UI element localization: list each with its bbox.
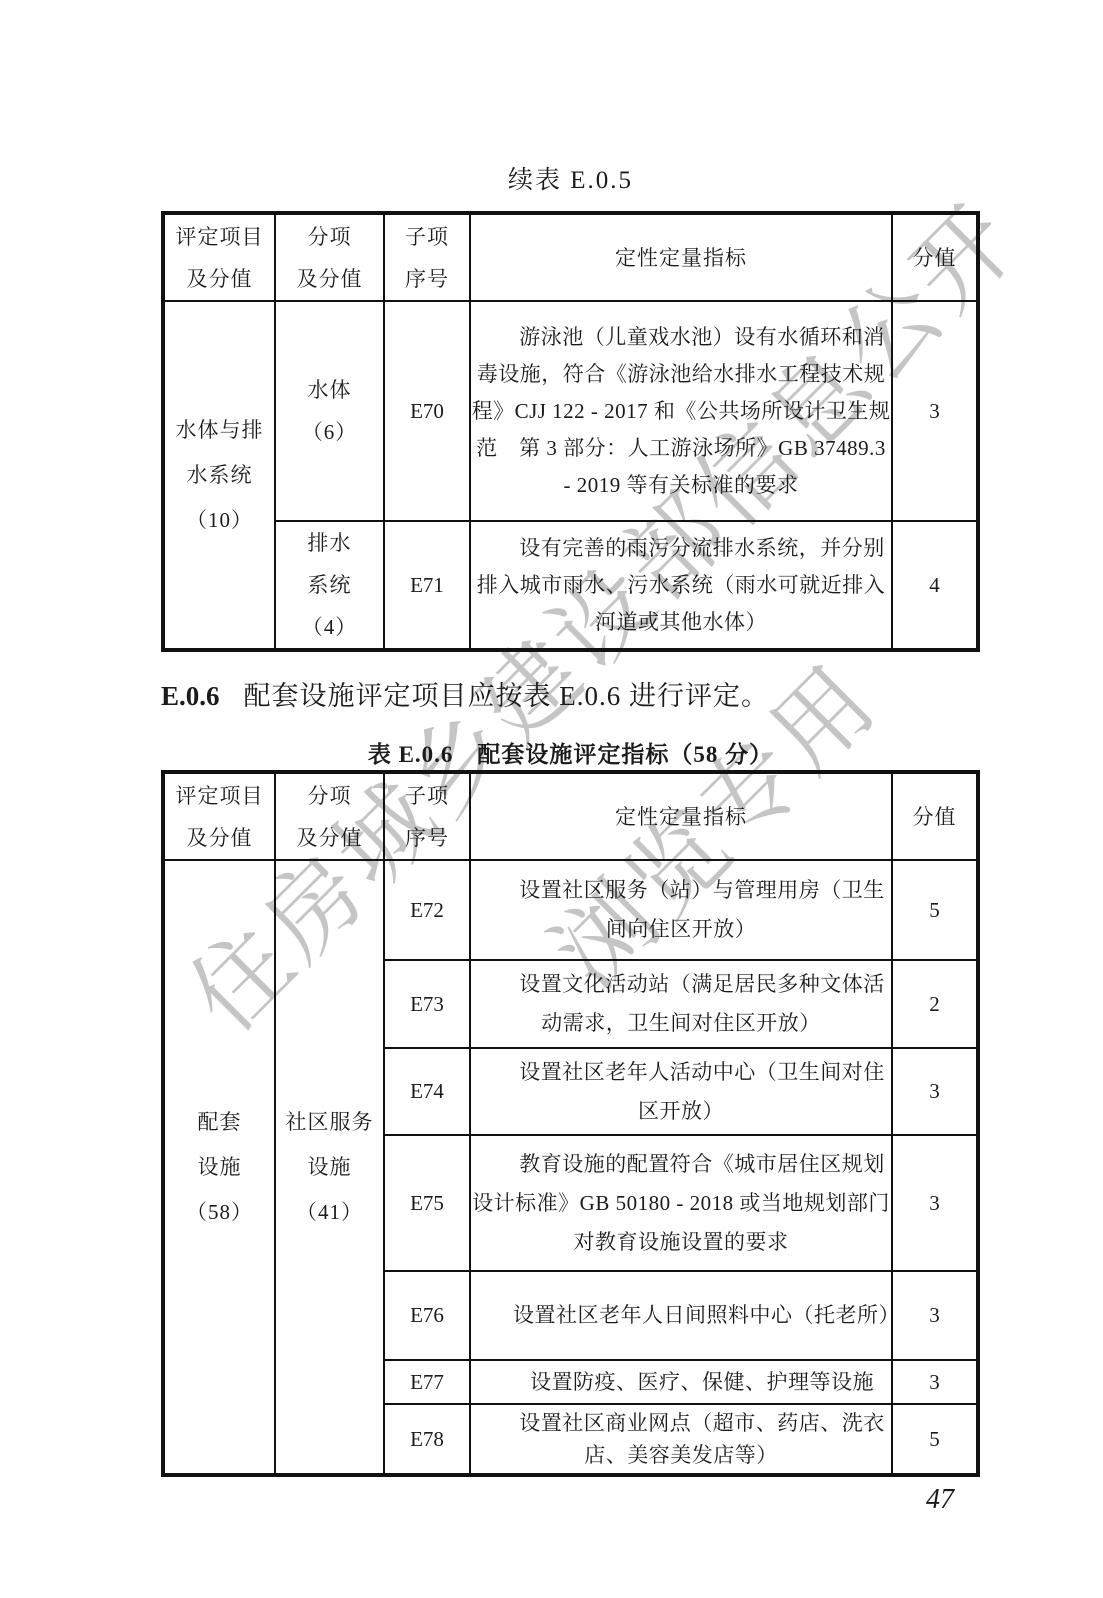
indicator-text: 设置防疫、医疗、保健、护理等设施: [470, 1360, 892, 1404]
header-line: 及分值: [165, 258, 274, 300]
score-value: 3: [892, 1360, 978, 1404]
subitem-line: （6）: [276, 411, 383, 453]
table-row: 配套 设施 （58） 社区服务 设施 （41） E72 设置社区服务（站）与管理…: [163, 860, 978, 960]
header-line: 分项: [276, 216, 383, 258]
continued-table-title: 续表 E.0.5: [163, 160, 978, 196]
score-value: 2: [892, 960, 978, 1048]
subitem-code: E75: [384, 1135, 470, 1271]
table2-header-row: 评定项目 及分值 分项 及分值 子项 序号 定性定量指标 分值: [163, 772, 978, 860]
table2-header-item-score: 评定项目 及分值: [163, 772, 275, 860]
clause-number: E.0.6: [161, 681, 220, 711]
table-e-0-5-continued: 评定项目 及分值 分项 及分值 子项 序号 定性定量指标 分值 水体与排 水系统: [161, 211, 980, 652]
header-line: 子项: [385, 216, 469, 258]
table1-header-subitem-no: 子项 序号: [384, 213, 470, 301]
header-line: 序号: [385, 258, 469, 300]
table-e-0-6-caption: 表 E.0.6 配套设施评定指标（58 分）: [163, 736, 978, 769]
subitem-code: E76: [384, 1271, 470, 1360]
table1-header-score: 分值: [892, 213, 978, 301]
group-line: 设施: [276, 1145, 383, 1190]
header-line: 评定项目: [165, 216, 274, 258]
score-value: 4: [892, 521, 978, 650]
group-line: 设施: [165, 1145, 274, 1190]
subitem-cell-water-body: 水体 （6）: [275, 301, 384, 521]
table1-header-indicator: 定性定量指标: [470, 213, 892, 301]
subitem-line: 系统: [276, 564, 383, 606]
indicator-text: 游泳池（儿童戏水池）设有水循环和消毒设施，符合《游泳池给水排水工程技术规程》CJ…: [470, 301, 892, 521]
group-cell-community-service-facilities: 社区服务 设施 （41）: [275, 860, 384, 1475]
table2-header-subitem-score: 分项 及分值: [275, 772, 384, 860]
group-line: （41）: [276, 1190, 383, 1235]
subitem-code: E74: [384, 1048, 470, 1135]
group-line: 水体与排: [165, 408, 274, 453]
clause-e-0-6: E.0.6配套设施评定项目应按表 E.0.6 进行评定。: [161, 674, 981, 713]
subitem-line: 排水: [276, 522, 383, 564]
table2-header-score: 分值: [892, 772, 978, 860]
document-page: 住房城乡建设部信息公开 浏览专用 续表 E.0.5 评定项目 及分值 分项 及分…: [0, 0, 1103, 1598]
table-row: 排水 系统 （4） E71 设有完善的雨污分流排水系统，并分别排入城市雨水、污水…: [163, 521, 978, 650]
group-cell-water-drainage-system: 水体与排 水系统 （10）: [163, 301, 275, 650]
indicator-text: 设置社区服务（站）与管理用房（卫生间向住区开放）: [470, 860, 892, 960]
indicator-text: 设置文化活动站（满足居民多种文体活动需求，卫生间对住区开放）: [470, 960, 892, 1048]
subitem-code: E77: [384, 1360, 470, 1404]
score-value: 3: [892, 1048, 978, 1135]
header-line: 及分值: [165, 817, 274, 859]
subitem-code: E70: [384, 301, 470, 521]
header-line: 及分值: [276, 817, 383, 859]
group-cell-supporting-facilities: 配套 设施 （58）: [163, 860, 275, 1475]
subitem-cell-drainage-system: 排水 系统 （4）: [275, 521, 384, 650]
table1-header-subitem-score: 分项 及分值: [275, 213, 384, 301]
score-value: 5: [892, 860, 978, 960]
group-line: 配套: [165, 1100, 274, 1145]
score-value: 3: [892, 1135, 978, 1271]
table-e-0-6: 评定项目 及分值 分项 及分值 子项 序号 定性定量指标 分值 配套 设施: [161, 770, 980, 1477]
group-line: 水系统: [165, 453, 274, 498]
subitem-code: E72: [384, 860, 470, 960]
clause-text: 配套设施评定项目应按表 E.0.6 进行评定。: [244, 681, 770, 711]
subitem-code: E73: [384, 960, 470, 1048]
indicator-text: 设置社区老年人日间照料中心（托老所）: [470, 1271, 892, 1360]
subitem-line: （4）: [276, 606, 383, 648]
score-value: 5: [892, 1404, 978, 1475]
table-row: 水体与排 水系统 （10） 水体 （6） E70 游泳池（儿童戏水池）设有水循环…: [163, 301, 978, 521]
table1-header-item-score: 评定项目 及分值: [163, 213, 275, 301]
indicator-text: 设置社区商业网点（超市、药店、洗衣店、美容美发店等）: [470, 1404, 892, 1475]
header-line: 分项: [276, 775, 383, 817]
header-line: 及分值: [276, 258, 383, 300]
score-value: 3: [892, 301, 978, 521]
indicator-text: 教育设施的配置符合《城市居住区规划设计标准》GB 50180 - 2018 或当…: [470, 1135, 892, 1271]
subitem-line: 水体: [276, 369, 383, 411]
header-line: 子项: [385, 775, 469, 817]
subitem-code: E71: [384, 521, 470, 650]
page-number: 47: [900, 1484, 980, 1516]
indicator-text: 设置社区老年人活动中心（卫生间对住区开放）: [470, 1048, 892, 1135]
table2-header-subitem-no: 子项 序号: [384, 772, 470, 860]
subitem-code: E78: [384, 1404, 470, 1475]
score-value: 3: [892, 1271, 978, 1360]
indicator-text: 设有完善的雨污分流排水系统，并分别排入城市雨水、污水系统（雨水可就近排入河道或其…: [470, 521, 892, 650]
group-line: 社区服务: [276, 1100, 383, 1145]
table1-header-row: 评定项目 及分值 分项 及分值 子项 序号 定性定量指标 分值: [163, 213, 978, 301]
header-line: 序号: [385, 817, 469, 859]
table2-header-indicator: 定性定量指标: [470, 772, 892, 860]
header-line: 评定项目: [165, 775, 274, 817]
group-line: （58）: [165, 1190, 274, 1235]
group-line: （10）: [165, 498, 274, 543]
